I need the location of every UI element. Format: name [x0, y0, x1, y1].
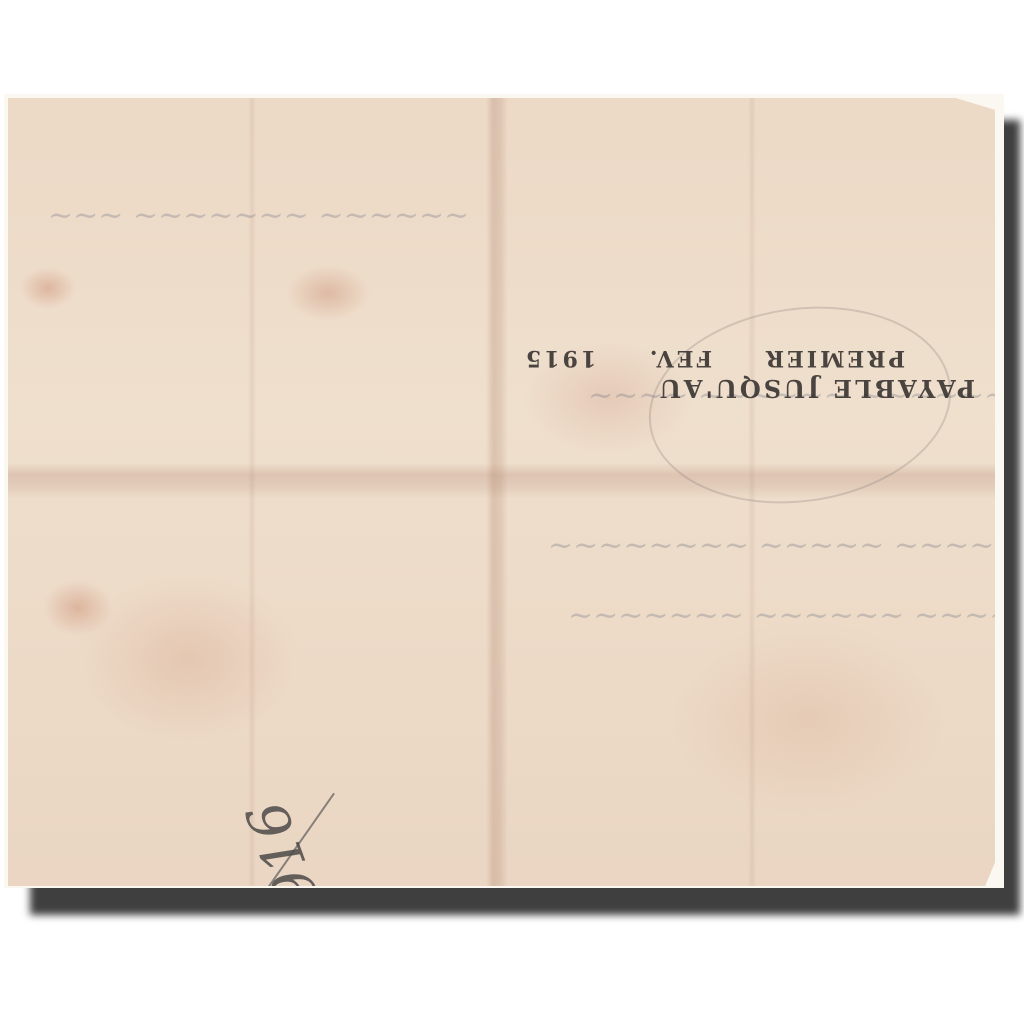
- validity-stamp: PAYABLE JUSQU'AU PREMIER FEV. 1915: [523, 343, 975, 403]
- stamp-line-2: PREMIER FEV. 1915: [523, 343, 975, 373]
- showthrough-text: ~~~ ~~~~~~~ ~~~~~~: [48, 198, 469, 233]
- showthrough-text: ~~~~~~~ ~~~~~~ ~~~~~~: [568, 598, 1024, 633]
- showthrough-text: ~~~~~~~~ ~~~~~ ~~~~~~~: [548, 528, 1024, 563]
- stamp-line-1: PAYABLE JUSQU'AU: [523, 373, 975, 403]
- banknote-paper: ~~~ ~~~~~~~ ~~~~~~ ~~~~ ~~~~~~ ~~~~~~~~ …: [8, 98, 995, 886]
